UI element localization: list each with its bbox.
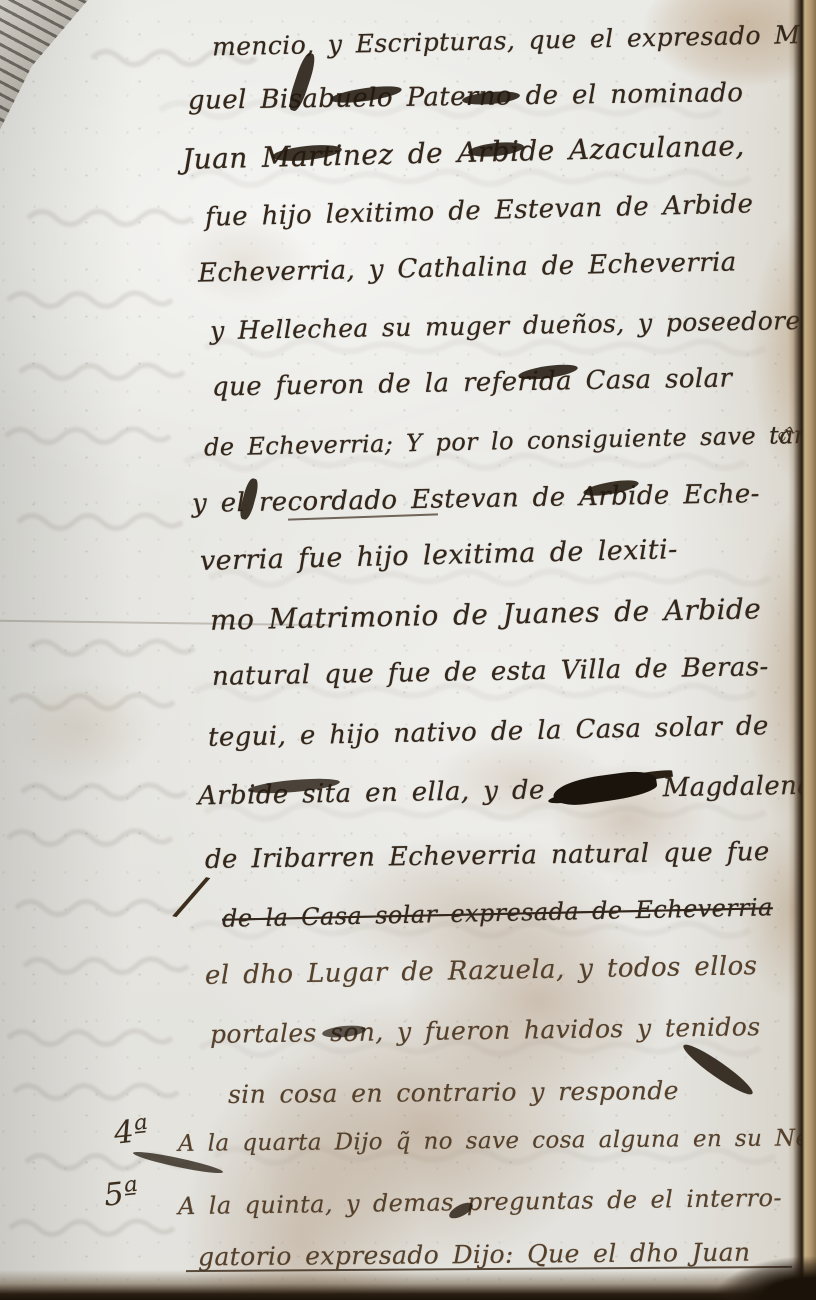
manuscript-line: portales son, y fueron havidos y tenidos <box>210 1012 761 1049</box>
manuscript-line: de Iribarren Echeverria natural que fue <box>205 837 770 875</box>
manuscript-line: A la quinta, y demas preguntas de el int… <box>178 1184 782 1220</box>
ink-blot-crossed-word <box>551 768 658 808</box>
marginal-mark: 4ª <box>112 1112 150 1151</box>
manuscript-line: A la quarta Dijo q̃ no save cosa alguna … <box>178 1125 816 1157</box>
manuscript-line-continuation: Magdalena <box>662 771 813 804</box>
manuscript-line: tegui, e hijo nativo de la Casa solar de <box>208 711 769 753</box>
manuscript-line: el dho Lugar de Razuela, y todos ellos <box>205 951 758 991</box>
manuscript-line: fue hijo lexitimo de Estevan de Arbide <box>205 189 754 232</box>
manuscript-page: mencio, y Escripturas, que el expresado … <box>0 0 816 1300</box>
manuscript-line: de Echeverria; Y por lo consiguiente sav… <box>204 420 816 461</box>
manuscript-line: guel Bisabuelo Paterno de el nominado <box>188 78 744 116</box>
manuscript-line: verria fue hijo lexitima de lexiti- <box>200 534 678 577</box>
manuscript-line: que fueron de la referida Casa solar <box>212 363 733 402</box>
manuscript-line: y el recordado Estevan de Arbide Eche- <box>192 479 760 519</box>
manuscript-line: Arbide sita en ella, y deMagdalena <box>198 771 814 812</box>
manuscript-line: y Hellechea su muger dueños, y poseedore… <box>210 306 814 346</box>
text-layer: mencio, y Escripturas, que el expresado … <box>0 0 816 1300</box>
manuscript-line: mo Matrimonio de Juanes de Arbide <box>210 592 762 637</box>
manuscript-line: de la Casa solar expresada de Echeverria <box>222 893 773 933</box>
manuscript-line: Echeverria, y Cathalina de Echeverria <box>198 247 737 288</box>
manuscript-line: sin cosa en contrario y responde <box>228 1076 679 1109</box>
manuscript-line: natural que fue de esta Villa de Beras- <box>212 652 769 692</box>
marginal-mark: 5ª <box>102 1174 140 1213</box>
marginal-mark: / <box>174 863 208 931</box>
manuscript-line: mencio, y Escripturas, que el expresado … <box>212 20 816 62</box>
manuscript-line: Juan Martinez de Arbide Azaculanae, <box>182 129 745 176</box>
